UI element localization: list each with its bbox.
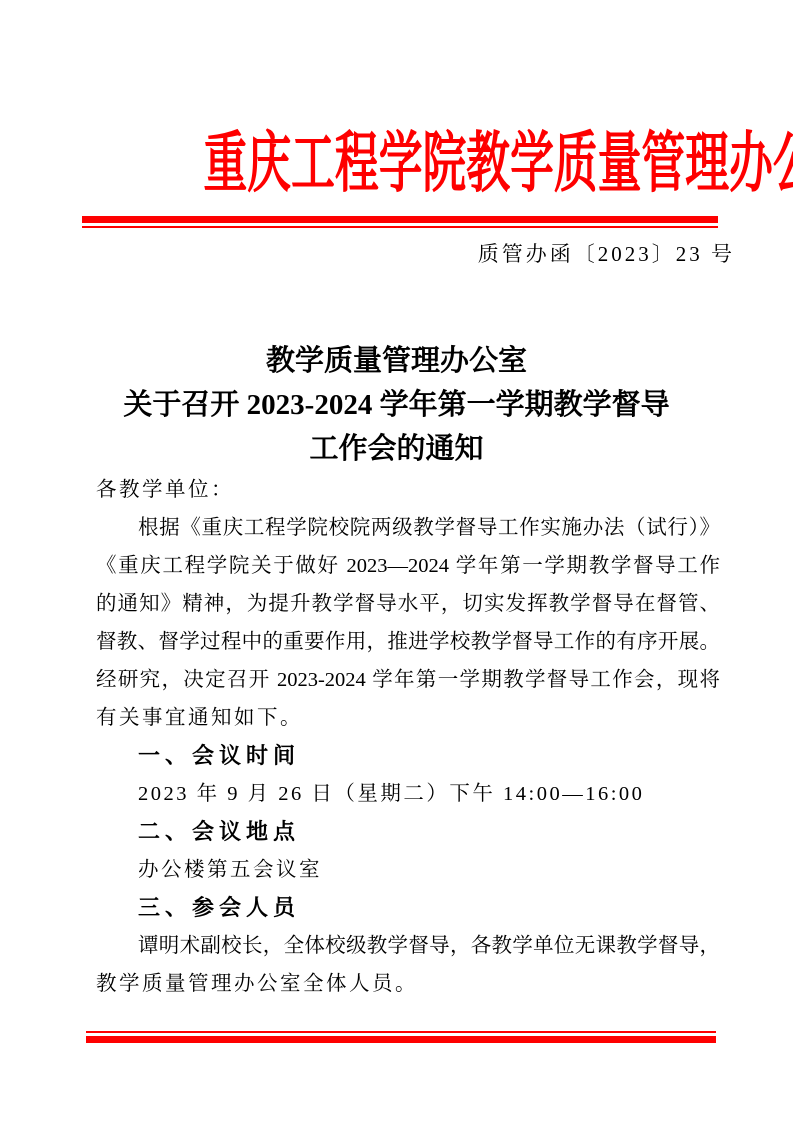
letterhead-title: 重庆工程学院教学质量管理办公室 — [204, 125, 793, 202]
footer-rule-thick — [86, 1036, 716, 1043]
footer-rule-thin — [86, 1031, 716, 1033]
paragraph-line: 经研究，决定召开 2023-2024 学年第一学期教学督导工作会，现将 — [96, 661, 720, 699]
meeting-place-text: 办公楼第五会议室 — [96, 851, 720, 889]
letterhead: 重庆工程学院教学质量管理办公室 — [82, 128, 718, 214]
notice-body: 各教学单位： 根据《重庆工程学院校院两级教学督导工作实施办法（试行）》 《重庆工… — [96, 471, 720, 1003]
letterhead-rule-thin — [82, 226, 718, 228]
attendees-line: 谭明术副校长，全体校级教学督导，各教学单位无课教学督导， — [96, 927, 720, 965]
section-heading-attendees: 三、参会人员 — [96, 889, 720, 927]
paragraph-line: 有关事宜通知如下。 — [96, 699, 720, 737]
letterhead-rule-thick — [82, 216, 718, 223]
meeting-time-text: 2023 年 9 月 26 日（星期二）下午 14:00—16:00 — [96, 775, 720, 813]
opening-paragraph: 根据《重庆工程学院校院两级教学督导工作实施办法（试行）》 《重庆工程学院关于做好… — [96, 509, 720, 737]
paragraph-line: 督教、督学过程中的重要作用，推进学校教学督导工作的有序开展。 — [96, 623, 720, 661]
paragraph-line: 的通知》精神，为提升教学督导水平，切实发挥教学督导在督管、 — [96, 585, 720, 623]
paragraph-line: 《重庆工程学院关于做好 2023—2024 学年第一学期教学督导工作 — [96, 547, 720, 585]
notice-title-line-3: 工作会的通知 — [0, 427, 793, 471]
paragraph-line: 根据《重庆工程学院校院两级教学督导工作实施办法（试行）》 — [96, 509, 720, 547]
notice-title: 教学质量管理办公室 关于召开 2023-2024 学年第一学期教学督导 工作会的… — [0, 339, 793, 471]
salutation: 各教学单位： — [96, 471, 720, 509]
notice-title-line-2: 关于召开 2023-2024 学年第一学期教学督导 — [0, 383, 793, 427]
attendees-line: 教学质量管理办公室全体人员。 — [96, 965, 720, 1003]
section-heading-meeting-place: 二、会议地点 — [96, 813, 720, 851]
doc-number: 质管办函〔2023〕23 号 — [478, 238, 735, 268]
notice-title-line-1: 教学质量管理办公室 — [0, 339, 793, 383]
document-page: 重庆工程学院教学质量管理办公室 质管办函〔2023〕23 号 教学质量管理办公室… — [0, 0, 793, 1122]
section-heading-meeting-time: 一、会议时间 — [96, 737, 720, 775]
